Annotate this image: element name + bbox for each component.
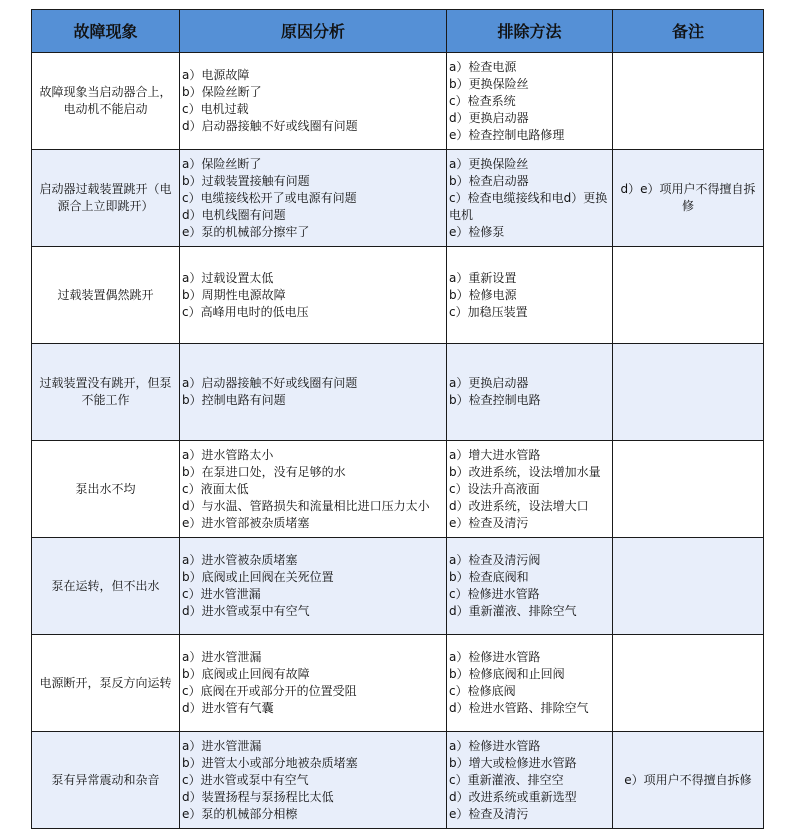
remedy-item: b）检查控制电路 [449,392,610,409]
note-cell [613,635,764,732]
cause-item: c）电机过载 [182,101,444,118]
remedy-item: b）增大或检修进水管路 [449,755,610,772]
remedy-item: b）检修电源 [449,287,610,304]
remedy-item: c）检修底阀 [449,683,610,700]
table-row: 启动器过载装置跳开（电源合上立即跳开） a）保险丝断了b）过载装置接触有问题c）… [32,150,764,247]
cause-item: b）控制电路有问题 [182,392,444,409]
note-cell: e）项用户不得擅自拆修 [613,732,764,829]
cause-item: d）与水温、管路损失和流量相比进口压力太小 [182,498,444,515]
remedy-item: d）更换启动器 [449,110,610,127]
remedy-item: b）更换保险丝 [449,76,610,93]
cause-item: e）进水管部被杂质堵塞 [182,515,444,532]
cause-item: d）装置扬程与泵扬程比太低 [182,789,444,806]
note-cell: d）e）项用户不得擅自拆修 [613,150,764,247]
note-cell [613,53,764,150]
cause-item: b）底阀或止回阀在关死位置 [182,569,444,586]
note-cell [613,247,764,344]
header-row: 故障现象 原因分析 排除方法 备注 [32,10,764,53]
remedy-item: c）加稳压装置 [449,304,610,321]
remedy-item: a）重新设置 [449,270,610,287]
remedy-item: d）重新灌液、排除空气 [449,603,610,620]
remedy-item: c）设法升高液面 [449,481,610,498]
cause-item: b）过载装置接触有问题 [182,173,444,190]
table-row: 电源断开，泵反方向运转 a）进水管泄漏b）底阀或止回阀有故障c）底阀在开或部分开… [32,635,764,732]
remedy-item: b）检查启动器 [449,173,610,190]
cause-item: c）电缆接线松开了或电源有问题 [182,190,444,207]
cause-item: d）进水管有气囊 [182,700,444,717]
cause-cell: a）电源故障b）保险丝断了c）电机过载d）启动器接触不好或线圈有问题 [180,53,447,150]
cause-cell: a）过载设置太低b）周期性电源故障c）高峰用电时的低电压 [180,247,447,344]
remedy-cell: a）更换保险丝b）检查启动器c）检查电缆接线和电d）更换电机e）检修泵 [447,150,613,247]
cause-item: c）液面太低 [182,481,444,498]
remedy-item: c）检查系统 [449,93,610,110]
symptom-cell: 泵在运转，但不出水 [32,538,180,635]
header-remedy: 排除方法 [447,10,613,53]
cause-item: b）底阀或止回阀有故障 [182,666,444,683]
remedy-item: a）增大进水管路 [449,447,610,464]
cause-item: a）电源故障 [182,67,444,84]
cause-item: c）进水管泄漏 [182,586,444,603]
remedy-item: e）检查控制电路修理 [449,127,610,144]
cause-item: a）保险丝断了 [182,156,444,173]
symptom-cell: 泵有异常震动和杂音 [32,732,180,829]
note-cell [613,441,764,538]
symptom-cell: 电源断开，泵反方向运转 [32,635,180,732]
cause-item: d）启动器接触不好或线圈有问题 [182,118,444,135]
remedy-item: a）检修进水管路 [449,649,610,666]
cause-cell: a）进水管泄漏b）进管太小或部分地被杂质堵塞c）进水管或泵中有空气d）装置扬程与… [180,732,447,829]
remedy-cell: a）检修进水管路b）检修底阀和止回阀c）检修底阀d）检进水管路、排除空气 [447,635,613,732]
cause-cell: a）启动器接触不好或线圈有问题b）控制电路有问题 [180,344,447,441]
remedy-item: a）更换保险丝 [449,156,610,173]
symptom-cell: 泵出水不均 [32,441,180,538]
cause-item: a）启动器接触不好或线圈有问题 [182,375,444,392]
remedy-cell: a）检修进水管路b）增大或检修进水管路c）重新灌液、排空空d）改进系统或重新选型… [447,732,613,829]
cause-item: b）进管太小或部分地被杂质堵塞 [182,755,444,772]
remedy-cell: a）检查及清污阀b）检查底阀和c）检修进水管路d）重新灌液、排除空气 [447,538,613,635]
cause-item: c）高峰用电时的低电压 [182,304,444,321]
cause-item: a）进水管被杂质堵塞 [182,552,444,569]
remedy-item: d）检进水管路、排除空气 [449,700,610,717]
remedy-item: e）检查及清污 [449,515,610,532]
cause-cell: a）进水管泄漏b）底阀或止回阀有故障c）底阀在开或部分开的位置受阻d）进水管有气… [180,635,447,732]
cause-item: b）周期性电源故障 [182,287,444,304]
cause-item: b）保险丝断了 [182,84,444,101]
remedy-item: a）更换启动器 [449,375,610,392]
remedy-item: a）检修进水管路 [449,738,610,755]
remedy-item: e）检查及清污 [449,806,610,823]
remedy-cell: a）检查电源b）更换保险丝c）检查系统d）更换启动器e）检查控制电路修理 [447,53,613,150]
cause-item: e）泵的机械部分相檫 [182,806,444,823]
remedy-item: e）检修泵 [449,224,610,241]
header-symptom: 故障现象 [32,10,180,53]
remedy-cell: a）增大进水管路b）改进系统，设法增加水量c）设法升高液面d）改进系统，设法增大… [447,441,613,538]
note-cell [613,344,764,441]
symptom-cell: 故障现象当启动器合上，电动机不能启动 [32,53,180,150]
cause-item: b）在泵进口处，没有足够的水 [182,464,444,481]
cause-item: c）进水管或泵中有空气 [182,772,444,789]
cause-item: a）进水管泄漏 [182,738,444,755]
symptom-cell: 启动器过载装置跳开（电源合上立即跳开） [32,150,180,247]
header-cause: 原因分析 [180,10,447,53]
remedy-item: a）检查及清污阀 [449,552,610,569]
remedy-item: c）检查电缆接线和电d）更换电机 [449,190,610,224]
cause-item: d）进水管或泵中有空气 [182,603,444,620]
remedy-item: b）检查底阀和 [449,569,610,586]
symptom-cell: 过载装置没有跳开，但泵不能工作 [32,344,180,441]
remedy-cell: a）重新设置b）检修电源c）加稳压装置 [447,247,613,344]
remedy-item: c）重新灌液、排空空 [449,772,610,789]
table-row: 泵有异常震动和杂音 a）进水管泄漏b）进管太小或部分地被杂质堵塞c）进水管或泵中… [32,732,764,829]
fault-troubleshooting-table: 故障现象 原因分析 排除方法 备注 故障现象当启动器合上，电动机不能启动 a）电… [31,9,764,829]
table-row: 泵在运转，但不出水 a）进水管被杂质堵塞b）底阀或止回阀在关死位置c）进水管泄漏… [32,538,764,635]
remedy-item: d）改进系统，设法增大口 [449,498,610,515]
cause-item: a）进水管泄漏 [182,649,444,666]
remedy-item: b）检修底阀和止回阀 [449,666,610,683]
cause-cell: a）保险丝断了b）过载装置接触有问题c）电缆接线松开了或电源有问题d）电机线圈有… [180,150,447,247]
remedy-item: a）检查电源 [449,59,610,76]
remedy-item: c）检修进水管路 [449,586,610,603]
remedy-item: b）改进系统，设法增加水量 [449,464,610,481]
header-note: 备注 [613,10,764,53]
cause-item: d）电机线圈有问题 [182,207,444,224]
table-row: 故障现象当启动器合上，电动机不能启动 a）电源故障b）保险丝断了c）电机过载d）… [32,53,764,150]
note-cell [613,538,764,635]
cause-item: c）底阀在开或部分开的位置受阻 [182,683,444,700]
table-row: 过载装置偶然跳开 a）过载设置太低b）周期性电源故障c）高峰用电时的低电压 a）… [32,247,764,344]
table-row: 过载装置没有跳开，但泵不能工作 a）启动器接触不好或线圈有问题b）控制电路有问题… [32,344,764,441]
remedy-item: d）改进系统或重新选型 [449,789,610,806]
cause-item: a）进水管路太小 [182,447,444,464]
cause-cell: a）进水管路太小b）在泵进口处，没有足够的水c）液面太低d）与水温、管路损失和流… [180,441,447,538]
symptom-cell: 过载装置偶然跳开 [32,247,180,344]
cause-item: a）过载设置太低 [182,270,444,287]
table-row: 泵出水不均 a）进水管路太小b）在泵进口处，没有足够的水c）液面太低d）与水温、… [32,441,764,538]
cause-cell: a）进水管被杂质堵塞b）底阀或止回阀在关死位置c）进水管泄漏d）进水管或泵中有空… [180,538,447,635]
remedy-cell: a）更换启动器b）检查控制电路 [447,344,613,441]
cause-item: e）泵的机械部分擦牢了 [182,224,444,241]
